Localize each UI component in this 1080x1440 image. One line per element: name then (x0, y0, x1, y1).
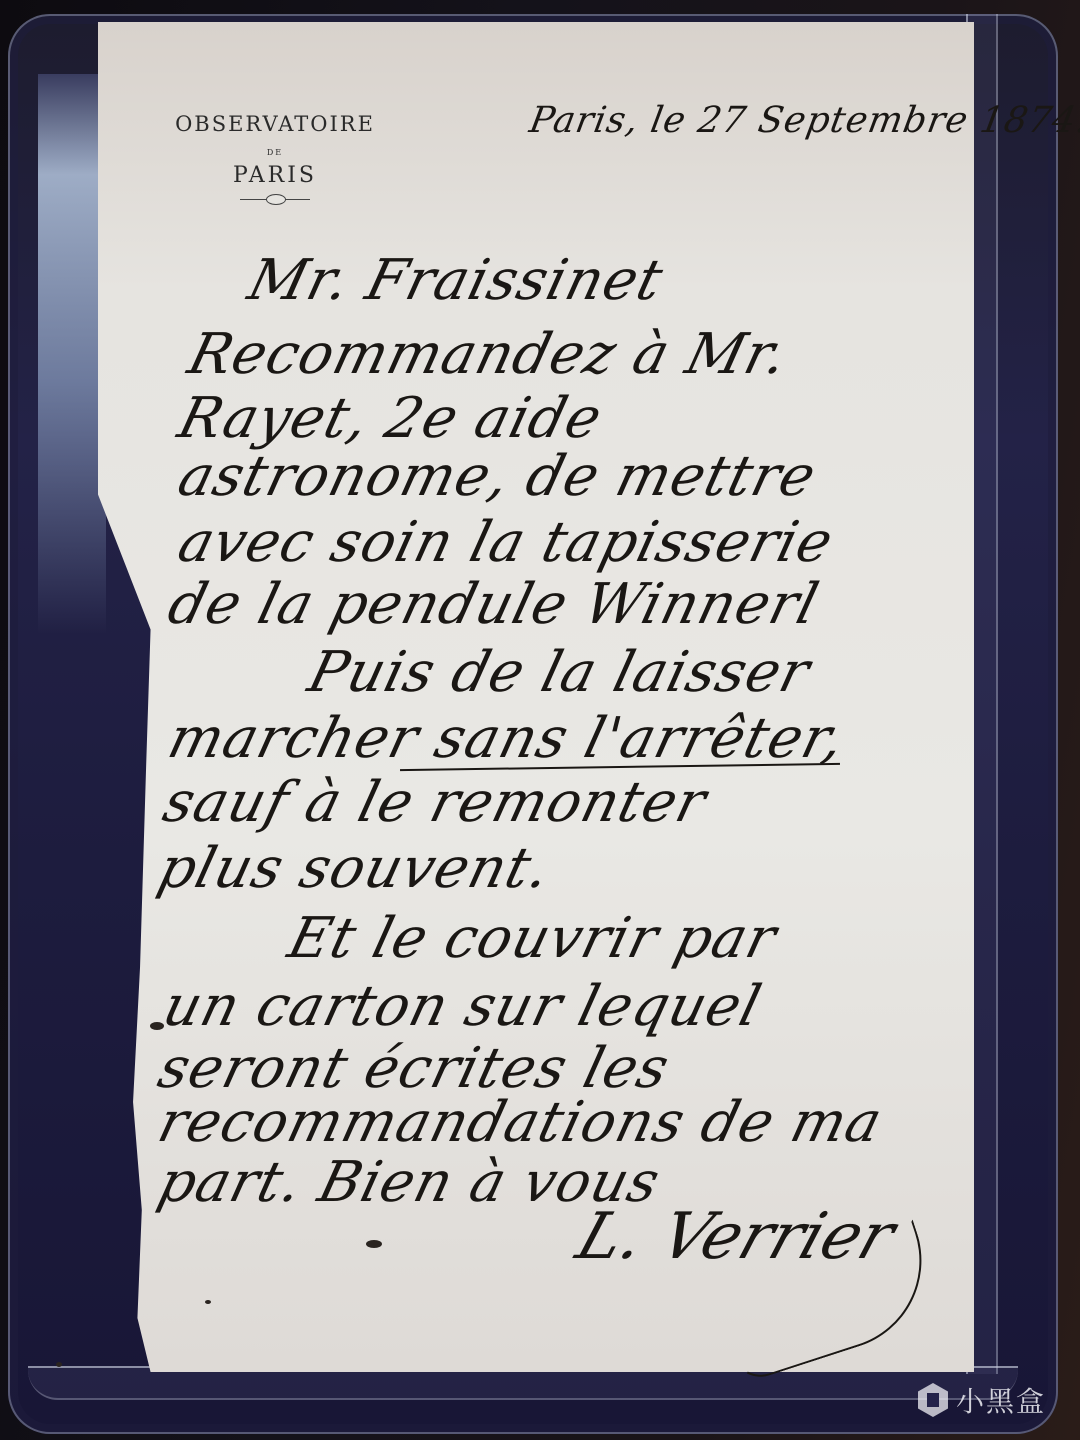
xiaoheihe-logo-icon (918, 1383, 948, 1417)
watermark-text: 小黑盒 (956, 1380, 1046, 1420)
letter-line: sauf à le remonter (157, 770, 713, 835)
letterhead-de: DE (160, 148, 390, 157)
letter-line: avec soin la tapisserie (172, 510, 840, 575)
letter-line: recommandations de ma (152, 1090, 889, 1155)
ink-blot (56, 1362, 62, 1367)
letter-line: Et le couvrir par (282, 906, 783, 971)
ink-blot (366, 1240, 382, 1248)
ink-blot (150, 1022, 164, 1030)
letterhead-title: OBSERVATOIRE (160, 112, 390, 136)
letter-line: Recommandez à Mr. (182, 322, 794, 387)
letter-line: de la pendule Winnerl (162, 572, 825, 637)
letter-line: plus souvent. (152, 836, 557, 901)
letter-line: marcher sans l'arrêter, (162, 706, 852, 771)
ornament-rule-icon (240, 194, 310, 204)
dateline: Paris, le 27 Septembre 1874. (526, 100, 1080, 141)
ink-blot (205, 1300, 211, 1304)
salutation: Mr. Fraissinet (242, 248, 670, 313)
sleeve-glare (38, 74, 106, 634)
watermark: 小黑盒 (918, 1380, 1046, 1420)
letterhead: OBSERVATOIRE DE PARIS (160, 112, 390, 204)
letterhead-city: PARIS (160, 163, 390, 188)
letter-line: astronome, de mettre (172, 444, 823, 509)
letter-line: Puis de la laisser (302, 640, 817, 705)
letter-line: Rayet, 2e aide (172, 386, 609, 451)
letter-line: un carton sur lequel (157, 974, 768, 1039)
